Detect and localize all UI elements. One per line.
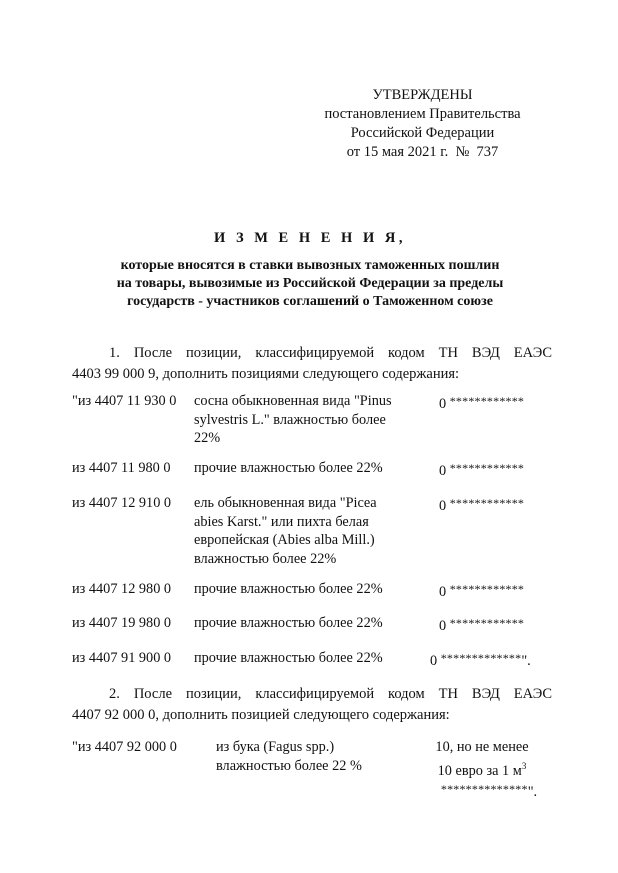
duty-rate: 0 ************ [439, 614, 524, 636]
rate-value: 0 [430, 653, 437, 669]
section-2-intro: 2. После позиции, классифицируемой кодом… [72, 684, 552, 726]
description-line: влажностью более 22 % [216, 758, 362, 774]
superscript: 3 [522, 761, 527, 771]
approval-block: УТВЕРЖДЕНЫ постановлением Правительства … [300, 86, 545, 162]
paragraph-line: 2. После позиции, классифицируемой кодом… [72, 684, 552, 705]
duty-rate: 0 ************ [439, 580, 524, 602]
paragraph-line: 4407 92 000 0, дополнить позицией следую… [72, 707, 450, 723]
duty-rate: 0 ************ [439, 392, 524, 414]
goods-description: прочие влажностью более 22% [194, 459, 409, 478]
tariff-code: из 4407 11 980 0 [72, 459, 171, 478]
paragraph-line: 4403 99 000 9, дополнить позициями следу… [72, 366, 459, 382]
rate-line: 10 евро за 1 м [438, 762, 522, 778]
goods-description: прочие влажностью более 22% [194, 614, 409, 633]
rate-line: 10, но не менее [435, 739, 528, 755]
footnote-stars: ************ [450, 582, 524, 596]
duty-rate: 0 ************ [439, 459, 524, 481]
approval-date-number: от 15 мая 2021 г. № 737 [300, 143, 545, 162]
goods-description: прочие влажностью более 22% [194, 580, 409, 599]
tariff-code: из 4407 91 900 0 [72, 649, 171, 668]
footnote-stars: ************ [450, 616, 524, 630]
rate-value: 0 [439, 584, 446, 600]
rate-value: 0 [439, 396, 446, 412]
footnote-stars: ************ [450, 461, 524, 475]
subtitle-line: на товары, вывозимые из Российской Федер… [60, 275, 560, 293]
document-title: И З М Е Н Е Н И Я, [60, 230, 560, 247]
subtitle-line: государств - участников соглашений о Там… [60, 293, 560, 311]
duty-rate: 10, но не менее 10 евро за 1 м3 ********… [402, 738, 562, 801]
section-1-intro: 1. После позиции, классифицируемой кодом… [72, 343, 552, 385]
footnote-stars: ************ [450, 394, 524, 408]
approval-line: постановлением Правительства [300, 105, 545, 124]
goods-description: сосна обыкновенная вида "Pinus sylvestri… [194, 392, 409, 448]
document-subtitle: которые вносятся в ставки вывозных тамож… [60, 257, 560, 311]
rate-value: 0 [439, 463, 446, 479]
duty-rate: 0 ************ [439, 494, 524, 516]
footnote-stars: ************** [441, 782, 528, 796]
rate-value: 0 [439, 618, 446, 634]
approval-heading: УТВЕРЖДЕНЫ [300, 86, 545, 105]
tariff-code: из 4407 12 910 0 [72, 494, 171, 513]
goods-description: прочие влажностью более 22% [194, 649, 409, 668]
closing-quote: ". [528, 784, 537, 800]
goods-description: из бука (Fagus spp.) влажностью более 22… [216, 738, 396, 775]
tariff-code: из 4407 19 980 0 [72, 614, 171, 633]
tariff-code: "из 4407 11 930 0 [72, 392, 176, 411]
approval-line: Российской Федерации [300, 124, 545, 143]
tariff-code: из 4407 12 980 0 [72, 580, 171, 599]
closing-quote: ". [521, 653, 530, 669]
duty-rate: 0 *************". [430, 649, 531, 671]
footnote-stars: ************ [450, 496, 524, 510]
table-row: "из 4407 92 000 0 из бука (Fagus spp.) в… [72, 738, 562, 798]
paragraph-line: 1. После позиции, классифицируемой кодом… [72, 343, 552, 364]
goods-description: ель обыкновенная вида "Picea abies Karst… [194, 494, 409, 568]
rate-value: 0 [439, 498, 446, 514]
subtitle-line: которые вносятся в ставки вывозных тамож… [60, 257, 560, 275]
footnote-stars: ************* [441, 651, 522, 665]
tariff-code: "из 4407 92 000 0 [72, 738, 177, 757]
description-line: из бука (Fagus spp.) [216, 739, 334, 755]
